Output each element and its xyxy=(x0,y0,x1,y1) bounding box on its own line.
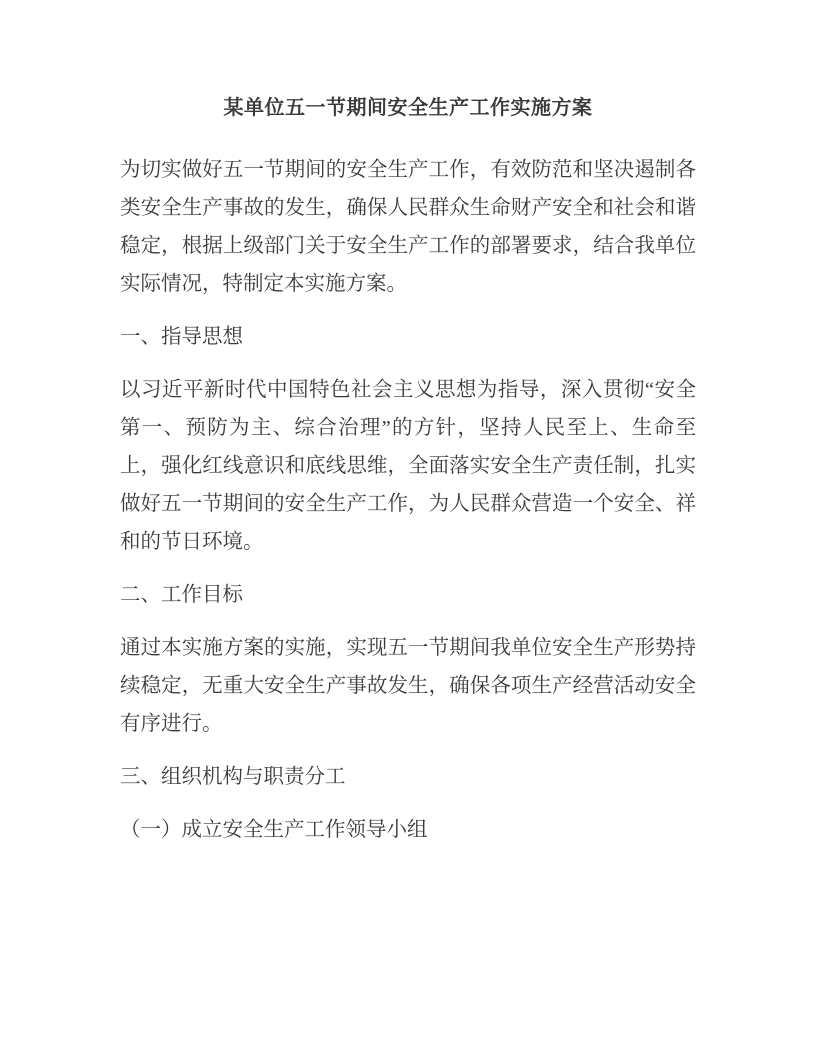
heading-guiding-ideology: 一、指导思想 xyxy=(120,318,696,356)
paragraph-work-goals: 通过本实施方案的实施，实现五一节期间我单位安全生产形势持续稳定，无重大安全生产事… xyxy=(120,629,696,743)
subheading-leadership-group: （一）成立安全生产工作领导小组 xyxy=(120,811,696,849)
heading-work-goals: 二、工作目标 xyxy=(120,576,696,614)
document-page: 某单位五一节期间安全生产工作实施方案 为切实做好五一节期间的安全生产工作，有效防… xyxy=(0,0,816,1056)
paragraph-intro: 为切实做好五一节期间的安全生产工作，有效防范和坚决遏制各类安全生产事故的发生，确… xyxy=(120,151,696,303)
paragraph-guiding-ideology: 以习近平新时代中国特色社会主义思想为指导，深入贯彻“安全第一、预防为主、综合治理… xyxy=(120,371,696,561)
document-title: 某单位五一节期间安全生产工作实施方案 xyxy=(120,93,696,123)
heading-organization-duties: 三、组织机构与职责分工 xyxy=(120,758,696,796)
